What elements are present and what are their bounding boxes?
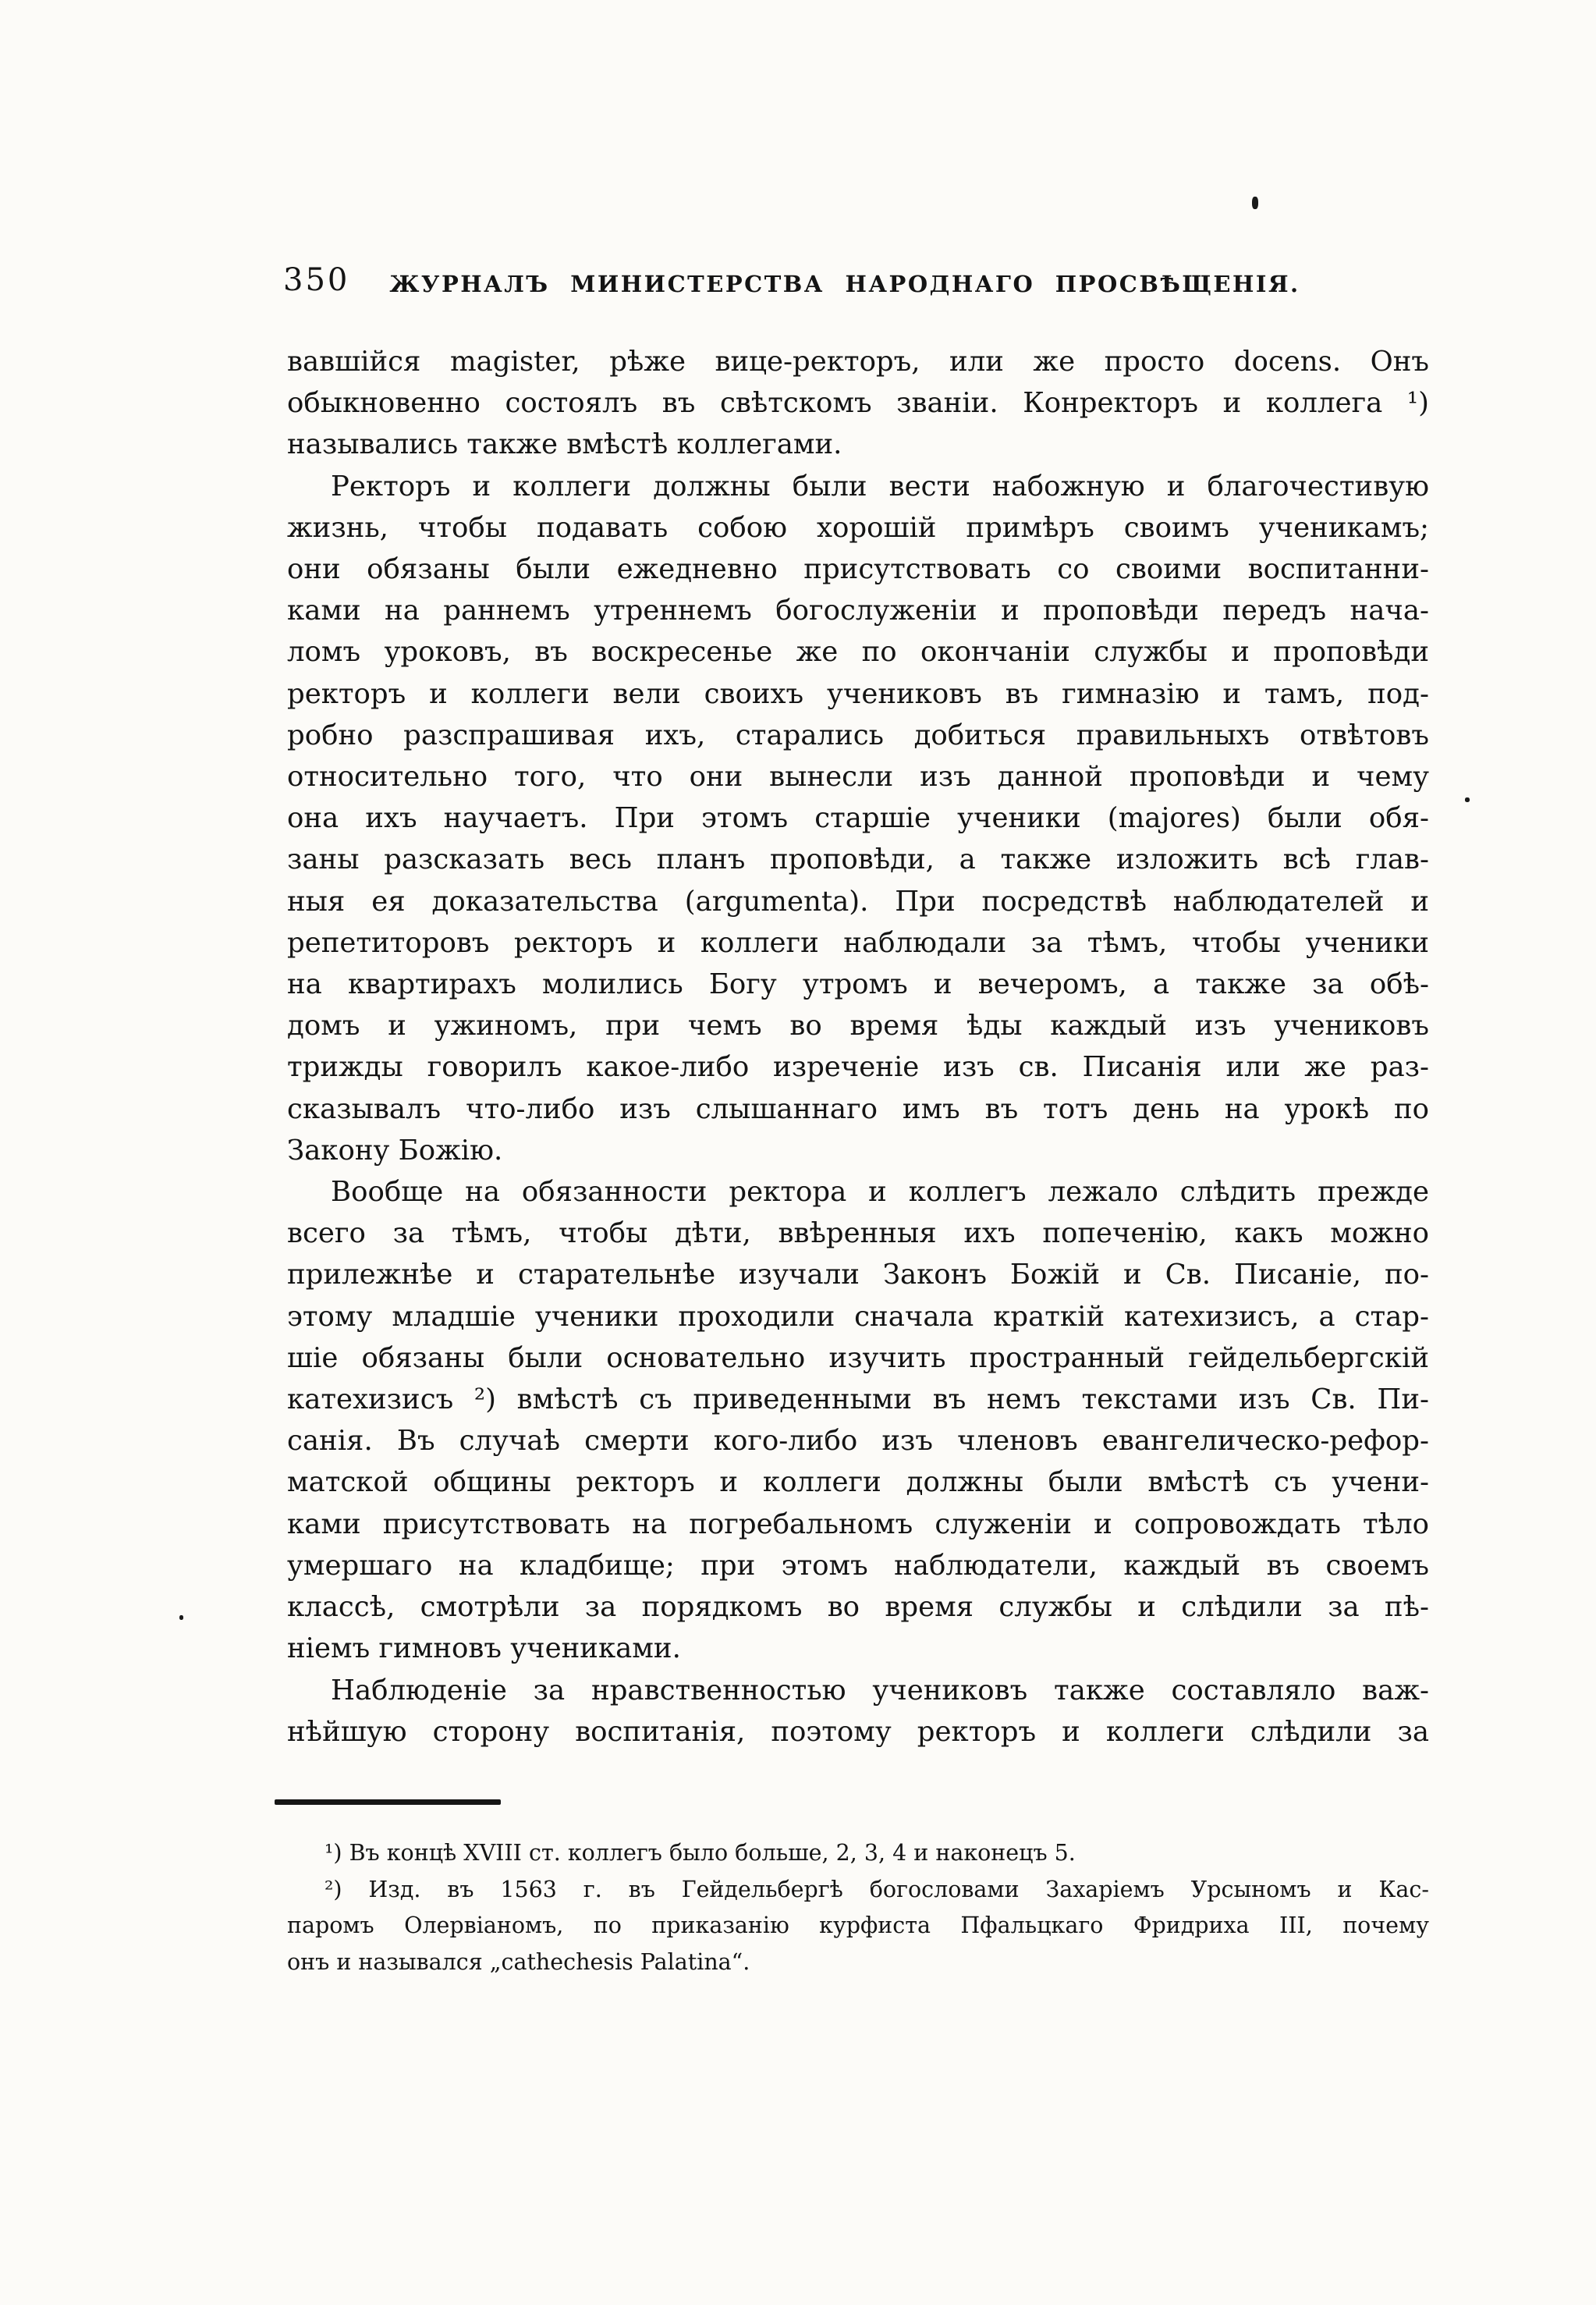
running-title: ЖУРНАЛЪ МИНИСТЕРСТВА НАРОДНАГО ПРОСВѢЩЕН… [287, 271, 1403, 297]
footnotes-block: ¹) Въ концѣ XVIII ст. коллегъ было больш… [287, 1835, 1429, 1980]
text-line: сказывалъ что-либо изъ слышаннаго имъ въ… [287, 1089, 1429, 1130]
text-line: катехизисъ ²) вмѣстѣ съ приведенными въ … [287, 1379, 1429, 1420]
scan-speck [1465, 797, 1470, 802]
footnote-line: ²) Изд. въ 1563 г. въ Гейдельбергѣ богос… [287, 1872, 1429, 1909]
scan-speck [179, 1615, 183, 1620]
text-line: всего за тѣмъ, чтобы дѣти, ввѣренныя ихъ… [287, 1213, 1429, 1254]
text-line: прилежнѣе и старательнѣе изучали Законъ … [287, 1254, 1429, 1295]
text-line: они обязаны были ежедневно присутствоват… [287, 549, 1429, 590]
text-line: ломъ уроковъ, въ воскресенье же по оконч… [287, 631, 1429, 673]
book-page: 350 ЖУРНАЛЪ МИНИСТЕРСТВА НАРОДНАГО ПРОСВ… [0, 0, 1596, 2305]
text-line: матской общины ректоръ и коллеги должны … [287, 1461, 1429, 1503]
text-line: Вообще на обязанности ректора и коллегъ … [287, 1171, 1429, 1213]
text-line: Закону Божію. [287, 1130, 1429, 1171]
footnote-line: ¹) Въ концѣ XVIII ст. коллегъ было больш… [287, 1835, 1429, 1872]
text-line: Ректоръ и коллеги должны были вести набо… [287, 466, 1429, 507]
text-line: этому младшіе ученики проходили сначала … [287, 1296, 1429, 1337]
text-line: назывались также вмѣстѣ коллегами. [287, 424, 1429, 465]
text-line: ками присутствовать на погребальномъ слу… [287, 1504, 1429, 1545]
text-line: репетиторовъ ректоръ и коллеги наблюдали… [287, 922, 1429, 964]
text-line: ныя ея доказательства (argumenta). При п… [287, 881, 1429, 922]
footnote-line: паромъ Олервіаномъ, по приказанію курфис… [287, 1908, 1429, 1945]
text-line: классѣ, смотрѣли за порядкомъ во время с… [287, 1586, 1429, 1628]
text-line: шіе обязаны были основательно изучить пр… [287, 1337, 1429, 1379]
text-line: умершаго на кладбище; при этомъ наблюдат… [287, 1545, 1429, 1586]
footnote-divider [275, 1799, 501, 1805]
footnote-line: онъ и назывался „cathechesis Palatina“. [287, 1945, 1429, 1981]
text-line: ками на раннемъ утреннемъ богослуженіи и… [287, 590, 1429, 631]
text-line: заны разсказать весь планъ проповѣди, а … [287, 839, 1429, 880]
text-line: нѣйшую сторону воспитанія, поэтому ректо… [287, 1711, 1429, 1753]
text-line: жизнь, чтобы подавать собою хорошій прим… [287, 507, 1429, 549]
text-line: ректоръ и коллеги вели своихъ учениковъ … [287, 673, 1429, 715]
text-line: трижды говорилъ какое-либо изреченіе изъ… [287, 1046, 1429, 1088]
text-line: на квартирахъ молились Богу утромъ и веч… [287, 964, 1429, 1005]
text-line: ніемъ гимновъ учениками. [287, 1628, 1429, 1669]
text-line: обыкновенно состоялъ въ свѣтскомъ званіи… [287, 382, 1429, 424]
text-line: санія. Въ случаѣ смерти кого-либо изъ чл… [287, 1420, 1429, 1461]
main-text-block: вавшійся magister, рѣже вице-ректоръ, ил… [287, 341, 1429, 1753]
text-line: Наблюденіе за нравственностью учениковъ … [287, 1670, 1429, 1711]
text-line: вавшійся magister, рѣже вице-ректоръ, ил… [287, 341, 1429, 382]
text-line: домъ и ужиномъ, при чемъ во время ѣды ка… [287, 1005, 1429, 1046]
text-line: робно разспрашивая ихъ, старались добить… [287, 715, 1429, 756]
scan-speck [1252, 197, 1258, 209]
text-line: относительно того, что они вынесли изъ д… [287, 756, 1429, 797]
text-line: она ихъ научаетъ. При этомъ старшіе учен… [287, 797, 1429, 839]
